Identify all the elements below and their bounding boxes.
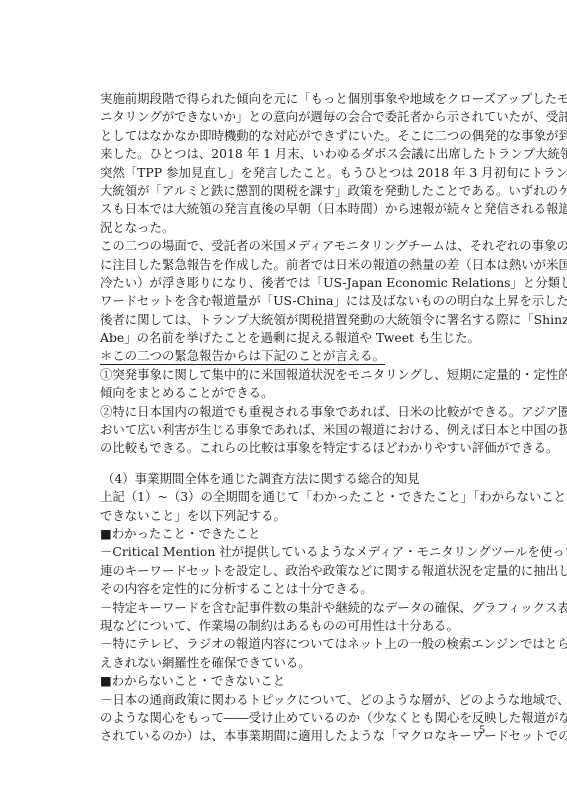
paragraph-line: 上記（1）~（3）の全期間を通じて「わかったこと・できたこと」「わからないこと・ <box>100 488 486 506</box>
paragraph-line: 来した。ひとつは、2018 年 1 月末、いわゆるダボス会議に出席したトランプ大… <box>100 145 486 163</box>
paragraph-line: この二つの場面で、受託者の米国メディアモニタリングチームは、それぞれの事象のみ <box>100 237 486 255</box>
bullet-line: その内容を定性的に分析することは十分できる。 <box>100 580 486 598</box>
paragraph-line: 突然「TPP 参加見直し」を発言したこと。もうひとつは 2018 年 3 月初旬… <box>100 164 486 182</box>
subheading-cannot-do: ■わからないこと・できないこと <box>100 672 486 690</box>
bullet-line: 連のキーワードセットを設定し、政治や政策などに関する報道状況を定量的に抽出し、 <box>100 562 486 580</box>
section-heading: （4）事業期間全体を通じた調査方法に関する総合的知見 <box>100 470 486 488</box>
paragraph-line: 実施前期段階で得られた傾向を元に「もっと個別事象や地域をクローズアップしたモ <box>100 90 486 108</box>
paragraph-line: ニタリングができないか」との意向が週毎の会合で委託者から示されていたが、受託者 <box>100 108 486 126</box>
paragraph-line: スも日本では大統領の発言直後の早朝（日本時間）から速報が続々と発信される報道状 <box>100 200 486 218</box>
paragraph-line: 況となった。 <box>100 219 486 237</box>
underlined-note-text: ＊この二つの緊急報告からは下記のことが言える。 <box>100 348 385 365</box>
list-item-2-cont: の比較もできる。これらの比較は事象を特定するほどわかりやすい評価ができる。 <box>100 439 486 457</box>
bullet-line: のような関心をもって――受け止めているのか（少なくとも関心を反映した報道がな <box>100 709 486 727</box>
paragraph-line: できないこと」を以下列記する。 <box>100 507 486 525</box>
page-number: 5 <box>479 722 485 737</box>
paragraph-line: Abe」の名前を挙げたことを過剰に捉える報道や Tweet も生じた。 <box>100 329 486 347</box>
paragraph-line: としてはなかなか即時機動的な対応ができずにいた。そこに二つの偶発的な事象が到 <box>100 127 486 145</box>
list-item-1: ①突発事象に関して集中的に米国報道状況をモニタリングし、短期に定量的・定性的な <box>100 366 486 384</box>
document-body: 実施前期段階で得られた傾向を元に「もっと個別事象や地域をクローズアップしたモ ニ… <box>100 90 486 746</box>
list-item-1-cont: 傾向をまとめることができる。 <box>100 384 486 402</box>
bullet-line: －特にテレビ、ラジオの報道内容についてはネット上の一般の検索エンジンではとら <box>100 635 486 653</box>
paragraph-line: 後者に関しては、トランプ大統領が関税措置発動の大統領令に署名する際に「Shinz… <box>100 311 486 329</box>
paragraph-line: 冷たい）が浮き彫りになり、後者では「US-Japan Economic Rela… <box>100 274 486 292</box>
paragraph-gap <box>100 458 486 470</box>
bullet-line: －特定キーワードを含む記事件数の集計や継続的なデータの確保、グラフィックス表 <box>100 599 486 617</box>
bullet-line: －Critical Mention 社が提供しているようなメディア・モニタリング… <box>100 543 486 561</box>
list-item-2-cont: おいて広い利害が生じる事象であれば、米国の報道における、例えば日本と中国の扱い <box>100 421 486 439</box>
bullet-line: えきれない網羅性を確保できている。 <box>100 654 486 672</box>
subheading-can-do: ■わかったこと・できたこと <box>100 525 486 543</box>
conclusion-note: ＊この二つの緊急報告からは下記のことが言える。 <box>100 347 486 365</box>
paragraph-line: に注目した緊急報告を作成した。前者では日米の報道の熱量の差（日本は熱いが米国は <box>100 256 486 274</box>
list-item-2: ②特に日本国内の報道でも重視される事象であれば、日米の比較ができる。アジア圏に <box>100 403 486 421</box>
bullet-line: されているのか）は、本事業期間に適用したような「マクロなキーワードセットでの網 <box>100 727 486 745</box>
document-page: 実施前期段階で得られた傾向を元に「もっと個別事象や地域をクローズアップしたモ ニ… <box>0 0 567 800</box>
bullet-line: －日本の通商政策に関わるトピックについて、どのような層が、どのような地域で、ど <box>100 691 486 709</box>
paragraph-line: ワードセットを含む報道量が「US-China」には及ばないものの明白な上昇を示し… <box>100 292 486 310</box>
paragraph-line: 大統領が「アルミと鉄に懲罰的関税を課す」政策を発動したことである。いずれのケー <box>100 182 486 200</box>
bullet-line: 現などについて、作業場の制約はあるものの可用性は十分ある。 <box>100 617 486 635</box>
